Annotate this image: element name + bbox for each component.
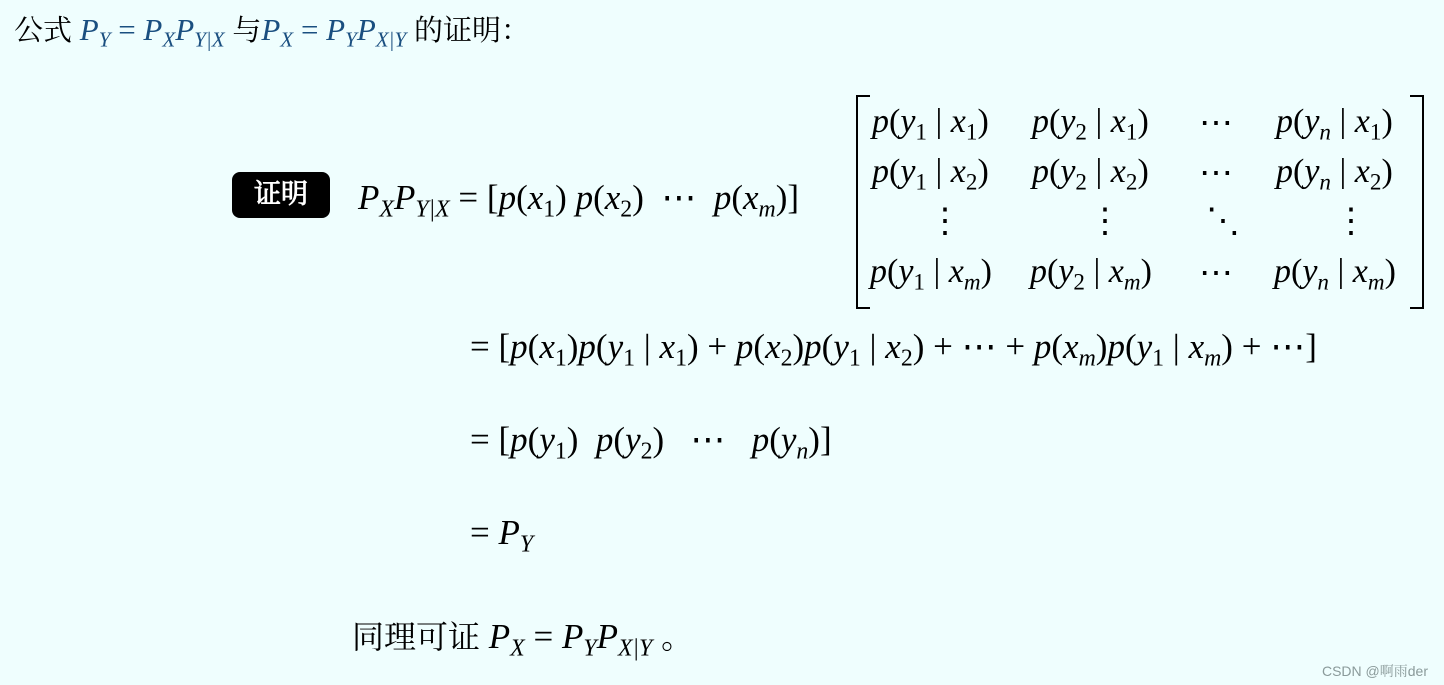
title-prefix: 公式 [14,13,72,47]
title-suffix: 的证明： [414,13,530,47]
proof-line-4: = PY [470,513,533,553]
proof-line-3: = [p(y1) p(y2) ⋯ p(yn)] [470,420,832,460]
page-title: 公式 PY = PXPY|X 与PX = PYPX|Y 的证明： [14,8,530,49]
formula-px: PX = PYPX|Y [261,12,406,47]
proof-line-2: = [p(x1)p(y1 | x1) + p(x2)p(y1 | x2) + ⋯… [470,327,1317,367]
conclusion-period: 。 [661,618,693,656]
conclusion-text: 同理可证 [352,618,480,656]
proof-badge: 证明 [232,172,330,218]
conclusion-formula: PX = PYPX|Y [489,617,653,656]
formula-py: PY = PXPY|X [80,12,225,47]
title-conj: 与 [232,13,261,47]
conditional-probability-matrix: p(y1 | x1) p(y2 | x1) ⋯ p(yn | x1) p(y1 … [856,95,1424,307]
right-bracket [1410,95,1424,309]
conclusion: 同理可证 PX = PYPX|Y 。 [352,612,693,658]
proof-line-1: PXPY|X = [p(x1) p(x2) ⋯ p(xm)] [358,178,799,218]
watermark: CSDN @啊雨der [1322,661,1428,681]
left-bracket [856,95,870,309]
